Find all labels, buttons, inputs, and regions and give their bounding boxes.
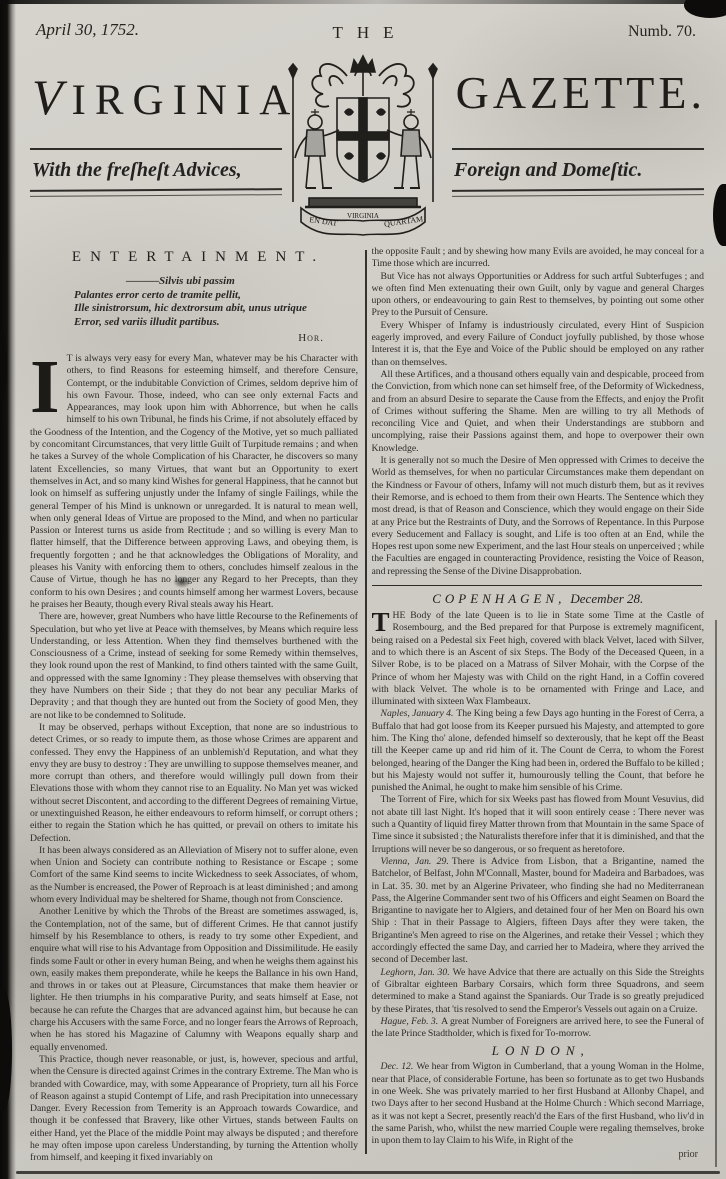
issue-date: April 30, 1752. [36,20,139,40]
base-platform [305,198,421,207]
spear-right [429,64,437,202]
text-columns: ENTERTAINMENT. ———Silvis ubi passim Pala… [30,246,704,1162]
scan-blot-top-right [684,0,726,18]
scan-blot-right [713,184,726,246]
essay-paragraph: IT is always very easy for every Man, wh… [30,353,358,611]
coat-of-arms-engraving: EN DAT VIRGINIA QUARTAM [281,50,445,240]
news-text: HE Body of the late Queen is to lie in S… [372,610,705,707]
masthead-the: THE [318,23,407,43]
latin-epigraph: ———Silvis ubi passim Palantes error cert… [74,275,358,329]
section-divider-rule [372,585,703,586]
dateline-lead: Dec. 12. [381,1061,414,1072]
epigraph-line: Palantes error certo de tramite pellit, [74,289,358,303]
essay-paragraph: There are, however, great Numbers who ha… [30,611,358,722]
news-item: Naples, January 4.The King being a few D… [372,708,705,794]
double-rule [30,188,282,197]
news-item: Hague, Feb. 3.A great Number of Foreigne… [372,1016,705,1041]
epigraph-line: Ille sinistrorsum, hic dextrorsum abit, … [74,302,358,316]
section-heading-london: LONDON, [372,1043,705,1059]
dateline-place: COPENHAGEN, [432,591,565,606]
motto-left: With the freſheſt Advices, [32,159,282,182]
column-divider-rule [365,250,367,1154]
section-heading-entertainment: ENTERTAINMENT. [30,249,358,266]
scan-edge-right [715,620,717,1167]
epigraph-attribution: Hor. [30,332,324,344]
masthead-title-virginia: VIRGINIA [32,68,299,126]
essay-paragraph: All these Artifices, and a thousand othe… [372,369,705,455]
section-heading-copenhagen: COPENHAGEN,December 28. [372,591,705,607]
dateline-lead: Hague, Feb. 3. [381,1016,439,1027]
essay-paragraph: Every Whisper of Infamy is industriously… [372,320,705,369]
news-item: THE Body of the late Queen is to lie in … [372,610,705,708]
column-right: the opposite Fault ; and by shewing how … [372,246,705,1162]
motto-block-right: Foreign and Domeſtic. [452,148,704,196]
dateline-lead: Vienna, Jan. 29. [381,856,449,867]
supporter-knight-right [387,109,431,188]
essay-paragraph: It has been always considered as an Alle… [30,845,358,906]
shield [337,98,389,182]
news-item: The Torrent of Fire, which for six Weeks… [372,794,705,855]
drop-cap-i: I [30,358,60,416]
news-item: Leghorn, Jan. 30.We have Advice that the… [372,967,705,1016]
motto-block-left: With the freſheſt Advices, [30,148,282,196]
scan-edge-top [0,0,726,4]
news-item: Dec. 12.We hear from Wigton in Cumberlan… [372,1061,705,1147]
horizontal-rule [30,148,282,150]
paragraph-text: T is always very easy for every Man, wha… [30,353,358,610]
essay-paragraph: Another Lenitive by which the Throbs of … [30,906,358,1054]
essay-paragraph: It may be observed, perhaps without Exce… [30,722,358,845]
news-text: We hear from Wigton in Cumberland, that … [372,1061,705,1146]
catchword: prior [372,1149,699,1160]
column-left: ENTERTAINMENT. ———Silvis ubi passim Pala… [30,246,358,1162]
supporter-knight-left [295,109,339,188]
motto-right: Foreign and Domeſtic. [454,159,704,182]
essay-paragraph: It is generally not so much the Desire o… [372,455,705,578]
issue-number: Numb. 70. [628,23,696,41]
news-item: Vienna, Jan. 29.There is Advice from Lis… [372,856,705,967]
horizontal-rule [452,148,704,150]
arms-motto-center: VIRGINIA [347,212,379,220]
news-text: The King being a few Days ago hunting in… [372,708,705,793]
virginia-coat-of-arms: EN DAT VIRGINIA QUARTAM [281,50,445,240]
masthead-title-gazette: GAZETTE. [456,66,706,119]
epigraph-line: Error, sed variis illudit partibus. [74,316,358,330]
scan-edge-bottom [16,1171,720,1174]
essay-paragraph: the opposite Fault ; and by shewing how … [372,246,705,271]
news-text: There is Advice from Lisbon, that a Brig… [372,856,705,965]
spear-left [289,64,297,202]
newspaper-page: April 30, 1752. THE Numb. 70. VIRGINIA G… [0,0,726,1179]
dateline-date: December 28. [570,591,643,606]
drop-cap-t: T [372,612,390,633]
epigraph-line: ———Silvis ubi passim [126,275,358,289]
dateline-lead: Naples, January 4. [381,708,454,719]
crown-icon [351,56,375,96]
dateline-lead: Leghorn, Jan. 30. [381,967,450,978]
double-rule [452,188,704,197]
essay-paragraph: But Vice has not always Opportunities or… [372,271,705,320]
essay-paragraph: This Practice, though never reasonable, … [30,1054,358,1162]
